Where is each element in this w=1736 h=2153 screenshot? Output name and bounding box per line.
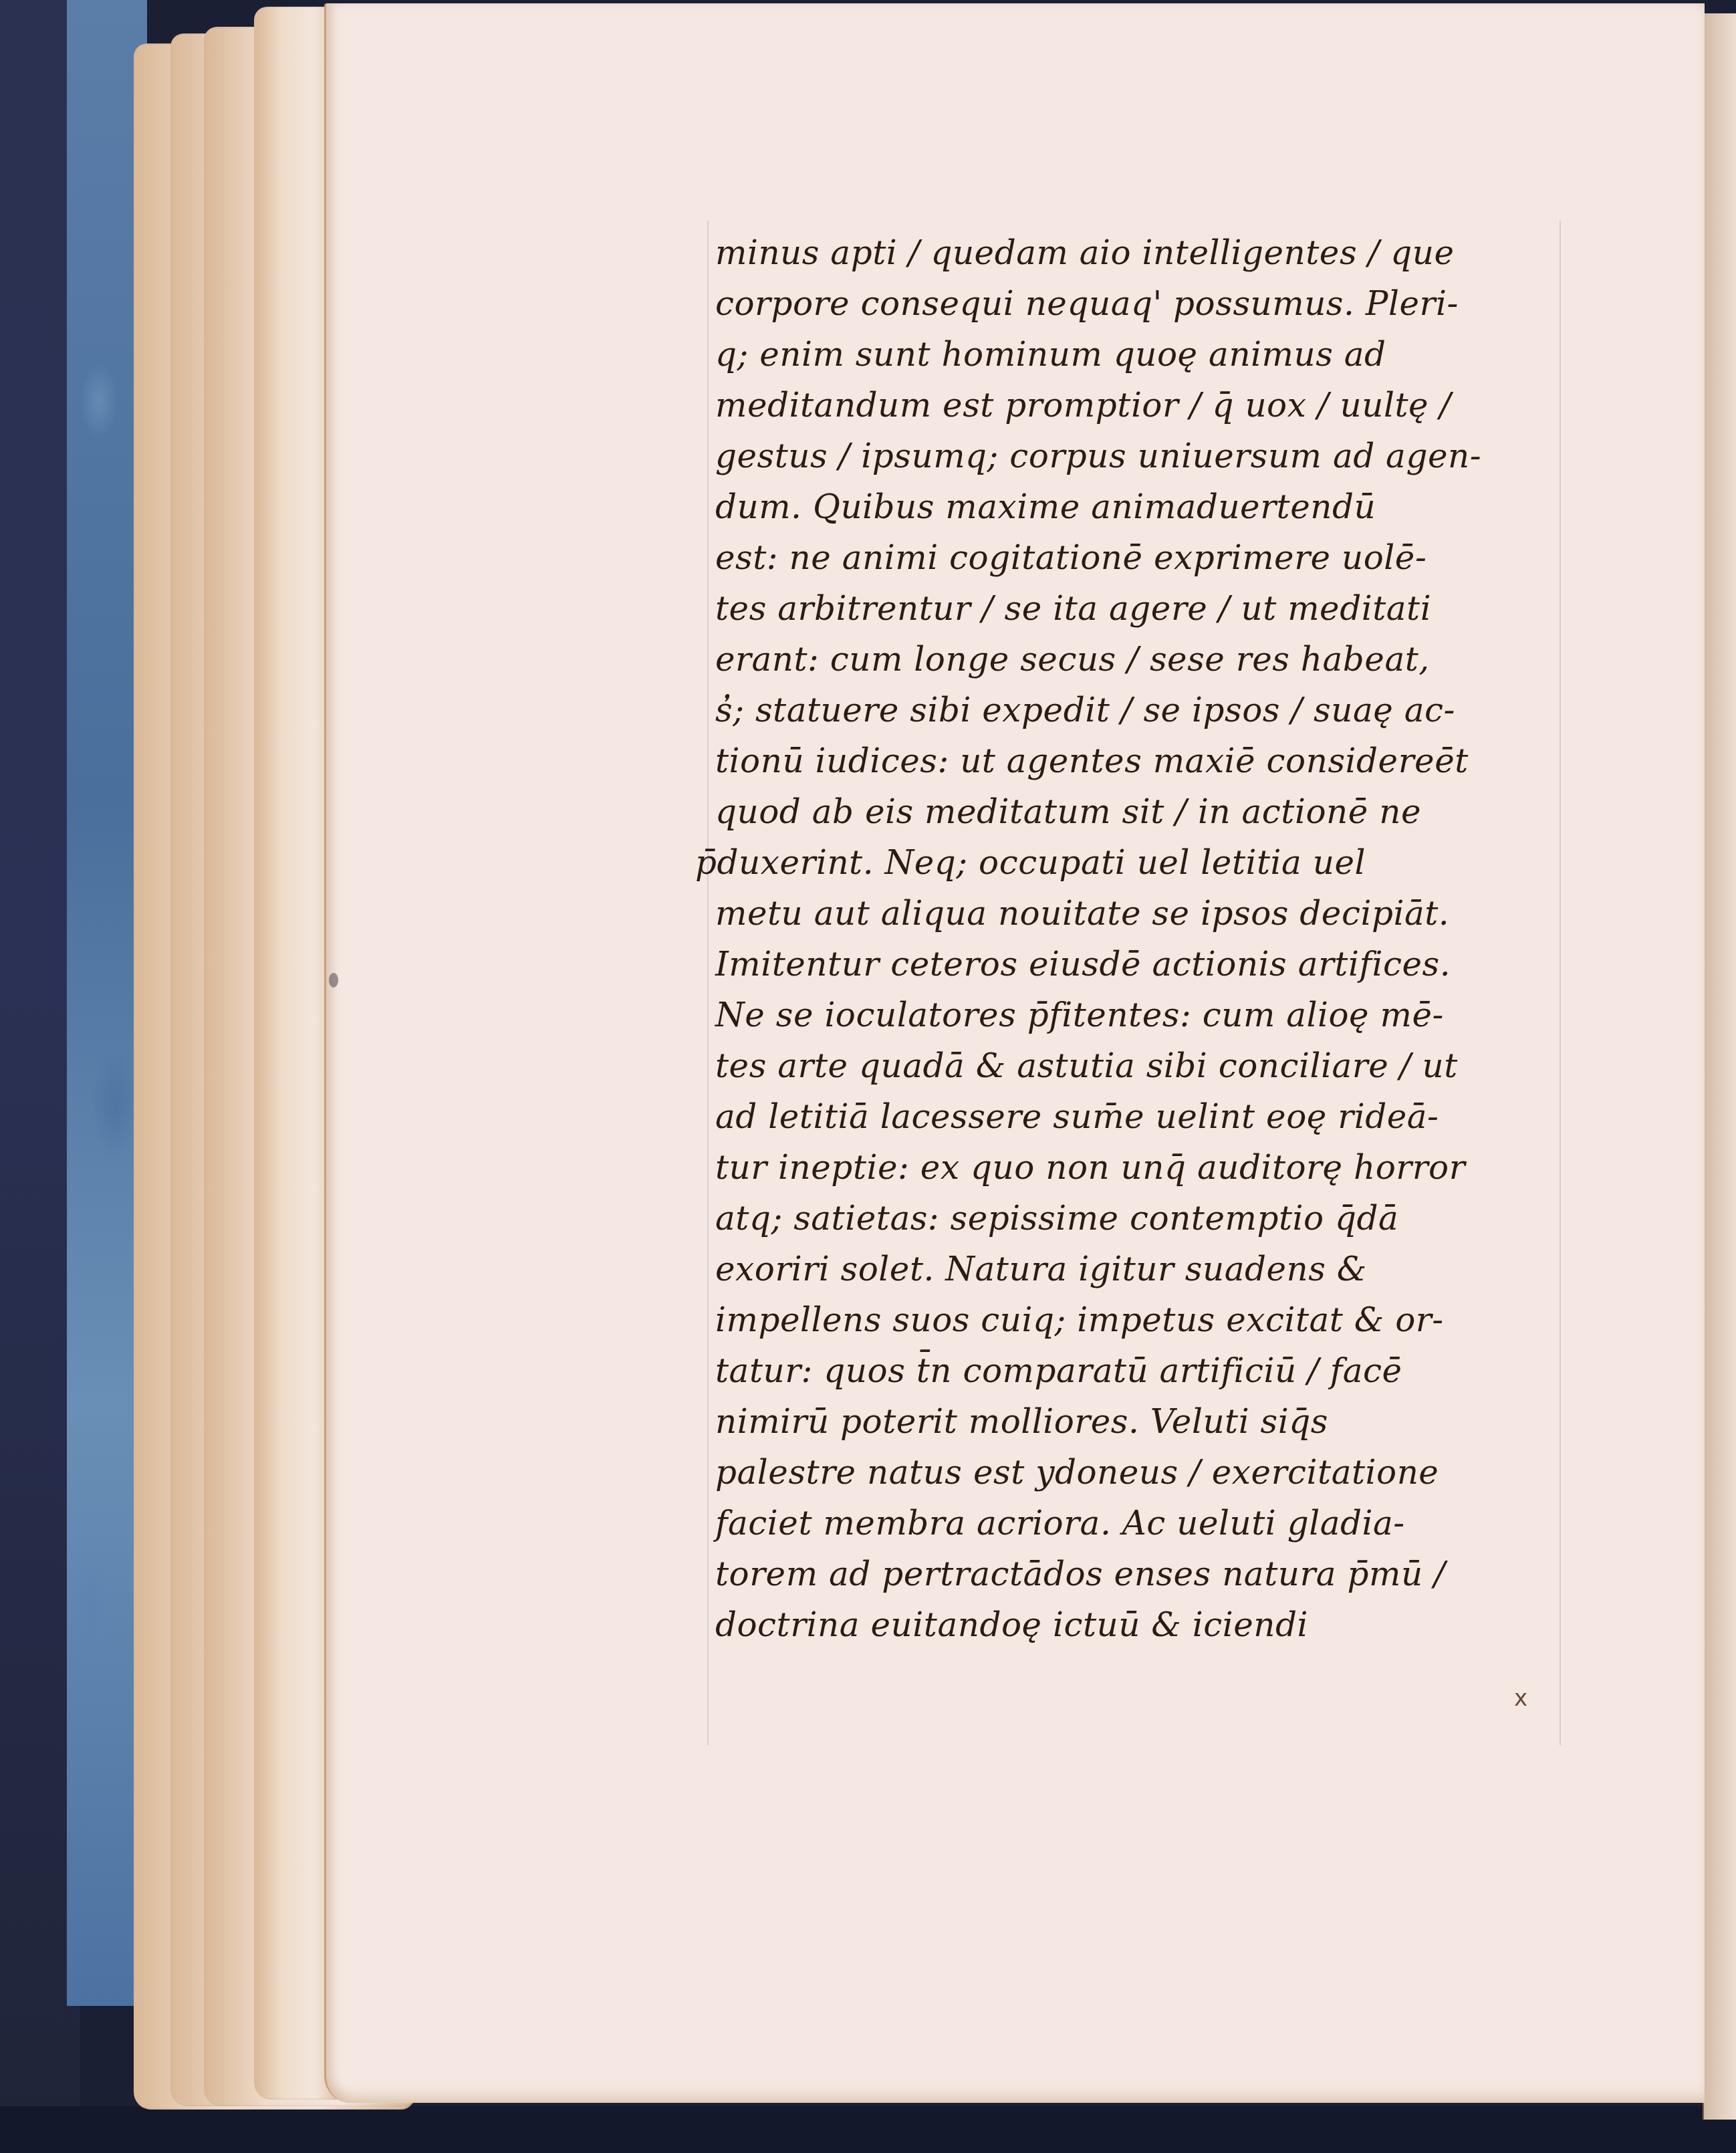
text-line: dum. Quibus maxime animaduertendū — [715, 481, 1571, 532]
text-line: tes arbitrentur / se ita agere / ut medi… — [715, 583, 1571, 634]
text-line: tionū iudices: ut agentes maxiē conside… — [715, 735, 1571, 786]
text-line: quod ab eis meditatum sit / in actionē … — [715, 786, 1571, 837]
text-line: est: ne animi cogitationē exprimere uol… — [715, 532, 1571, 583]
text-line: palestre natus est ydoneus / exercitatio… — [715, 1447, 1571, 1498]
text-line: tur ineptie: ex quo non unq̄ auditorę ho… — [715, 1142, 1571, 1193]
text-line: erant: cum longe secus / sese res habeat… — [715, 634, 1571, 685]
text-line: gestus / ipsumq; corpus uniuersum ad age… — [715, 431, 1571, 481]
text-line: corpore consequi nequaq' possumus. Pleri… — [715, 278, 1571, 329]
text-line: tatur: quos t̄n comparatū artificiū / … — [715, 1345, 1571, 1396]
text-line: tes arte quadā & astutia sibi conciliar… — [715, 1040, 1571, 1091]
text-line: exoriri solet. Natura igitur suadens & — [715, 1244, 1571, 1294]
manuscript-text: minus apti / quedam aio intelligentes / … — [715, 227, 1571, 1650]
text-line: p̄duxerint. Neq; occupati uel letitia ue… — [695, 837, 1571, 888]
text-line: meditandum est promptior / q̄ uox / uult… — [715, 380, 1571, 431]
text-line: doctrina euitandoę ictuū & iciendi — [715, 1599, 1571, 1650]
text-line: ad letitiā lacessere sum̄e uelint eoę r… — [715, 1091, 1571, 1142]
ink-speck — [329, 973, 338, 988]
ruling-line-left — [707, 221, 709, 1745]
text-line: torem ad pertractādos enses natura p̄mu… — [715, 1549, 1571, 1599]
text-line: minus apti / quedam aio intelligentes / … — [715, 227, 1571, 278]
text-line: impellens suos cuiq; impetus excitat & o… — [715, 1294, 1571, 1345]
book-photograph: minus apti / quedam aio intelligentes / … — [0, 0, 1736, 2153]
text-line: Ne se ioculatores p̄fitentes: cum alioę … — [715, 990, 1571, 1040]
text-line: Imitentur ceteros eiusdē actionis artif… — [715, 939, 1571, 990]
text-line: faciet membra acriora. Ac ueluti gladia- — [715, 1498, 1571, 1549]
end-mark: x — [1514, 1685, 1527, 1712]
background-shadow — [0, 2106, 1736, 2153]
text-line: q; enim sunt hominum quoę animus ad — [715, 329, 1571, 380]
facing-page-edge — [1703, 13, 1736, 2120]
text-line: metu aut aliqua nouitate se ipsos decipi… — [715, 888, 1571, 939]
text-line: atq; satietas: sepissime contemptio q̄da… — [715, 1193, 1571, 1244]
text-line: s̓; statuere sibi expedit / se ipsos / s… — [715, 685, 1571, 735]
text-line: nimirū poterit molliores. Veluti siq̄s — [715, 1396, 1571, 1447]
